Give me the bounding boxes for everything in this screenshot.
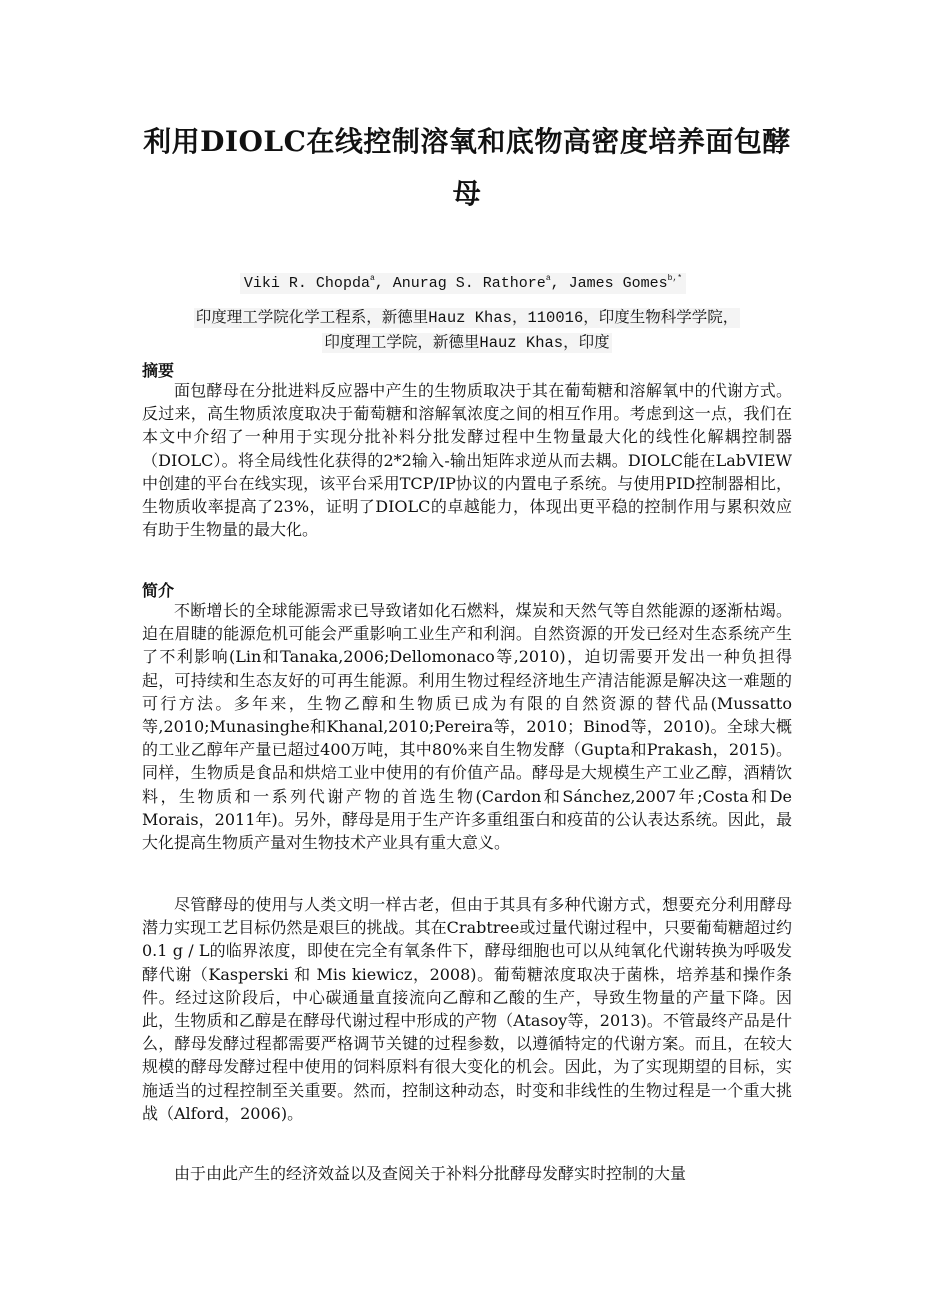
intro-paragraph-3: 由于由此产生的经济效益以及查阅关于补料分批酵母发酵实时控制的大量 bbox=[142, 1162, 792, 1185]
author-name: Anurag S. Rathore bbox=[393, 275, 546, 292]
intro-heading: 简介 bbox=[142, 578, 174, 601]
author-name: James Gomes bbox=[569, 275, 668, 292]
intro-paragraph-1: 不断增长的全球能源需求已导致诸如化石燃料，煤炭和天然气等自然能源的逐渐枯竭。迫在… bbox=[142, 599, 792, 854]
affiliation: 印度理工学院化学工程系，新德里Hauz Khas，110016，印度生物科学学院… bbox=[142, 306, 792, 356]
intro-paragraph-2: 尽管酵母的使用与人类文明一样古老，但由于其具有多种代谢方式，想要充分利用酵母潜力… bbox=[142, 893, 792, 1125]
author-affil-mark: b,* bbox=[668, 274, 682, 283]
affiliation-line-1: 印度理工学院化学工程系，新德里Hauz Khas，110016，印度生物科学学院… bbox=[194, 308, 741, 328]
paper-title: 利用DIOLC在线控制溶氧和底物高密度培养面包酵母 bbox=[142, 116, 792, 220]
author-name: Viki R. Chopda bbox=[244, 275, 370, 292]
author-affil-mark: a bbox=[546, 274, 551, 283]
affiliation-line-2: 印度理工学院，新德里Hauz Khas，印度 bbox=[322, 333, 611, 353]
abstract-heading: 摘要 bbox=[142, 358, 174, 381]
abstract-text: 面包酵母在分批进料反应器中产生的生物质取决于其在葡萄糖和溶解氧中的代谢方式。反过… bbox=[142, 379, 792, 541]
author-line: Viki R. Chopdaa, Anurag S. Rathorea, Jam… bbox=[240, 273, 686, 294]
author-affil-mark: a bbox=[370, 274, 375, 283]
author-list: Viki R. Chopdaa, Anurag S. Rathorea, Jam… bbox=[0, 268, 926, 295]
